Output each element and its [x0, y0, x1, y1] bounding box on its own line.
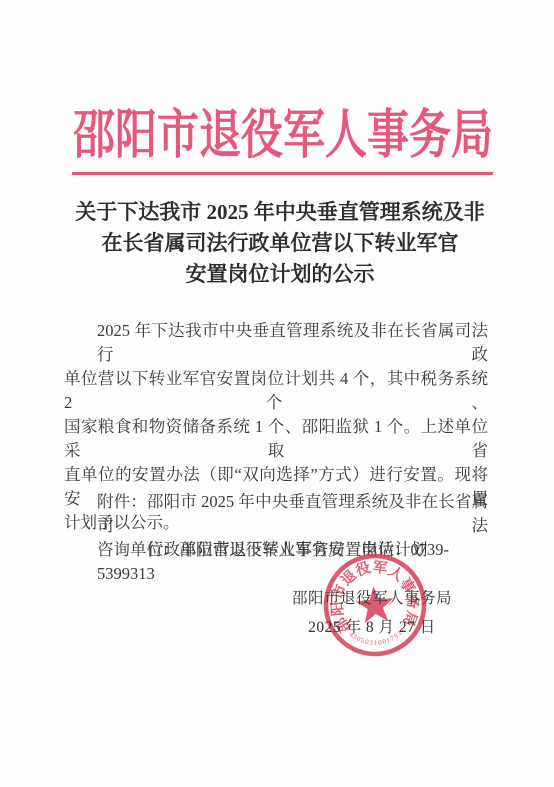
doc-title-line-1: 关于下达我市 2025 年中央垂直管理系统及非 — [44, 197, 516, 228]
signature-date: 2025 年 8 月 27 日 — [283, 613, 461, 642]
signature-org: 邵阳市退役军人事务局 — [283, 584, 461, 613]
document-page: 邵阳市退役军人事务局 关于下达我市 2025 年中央垂直管理系统及非 在长省属司… — [0, 0, 554, 787]
org-title: 邵阳市退役军人事务局 — [73, 93, 493, 169]
body-line-3: 国家粮食和物资储备系统 1 个、邵阳监狱 1 个。上述单位采取省 — [64, 415, 488, 463]
body-line-1: 2025 年下达我市中央垂直管理系统及非在长省属司法行政 — [64, 319, 488, 367]
doc-title-line-3: 安置岗位计划的公示 — [44, 259, 516, 290]
body-line-2: 单位营以下转业军官安置岗位计划共 4 个，其中税务系统 2 个、 — [64, 367, 488, 415]
letterhead: 邵阳市退役军人事务局 — [70, 101, 496, 161]
doc-title-line-2: 在长省属司法行政单位营以下转业军官 — [44, 228, 516, 259]
signature-block: 邵阳市退役军人事务局 2025 年 8 月 27 日 — [283, 584, 461, 642]
doc-title: 关于下达我市 2025 年中央垂直管理系统及非 在长省属司法行政单位营以下转业军… — [44, 197, 516, 290]
title-divider — [72, 172, 493, 175]
